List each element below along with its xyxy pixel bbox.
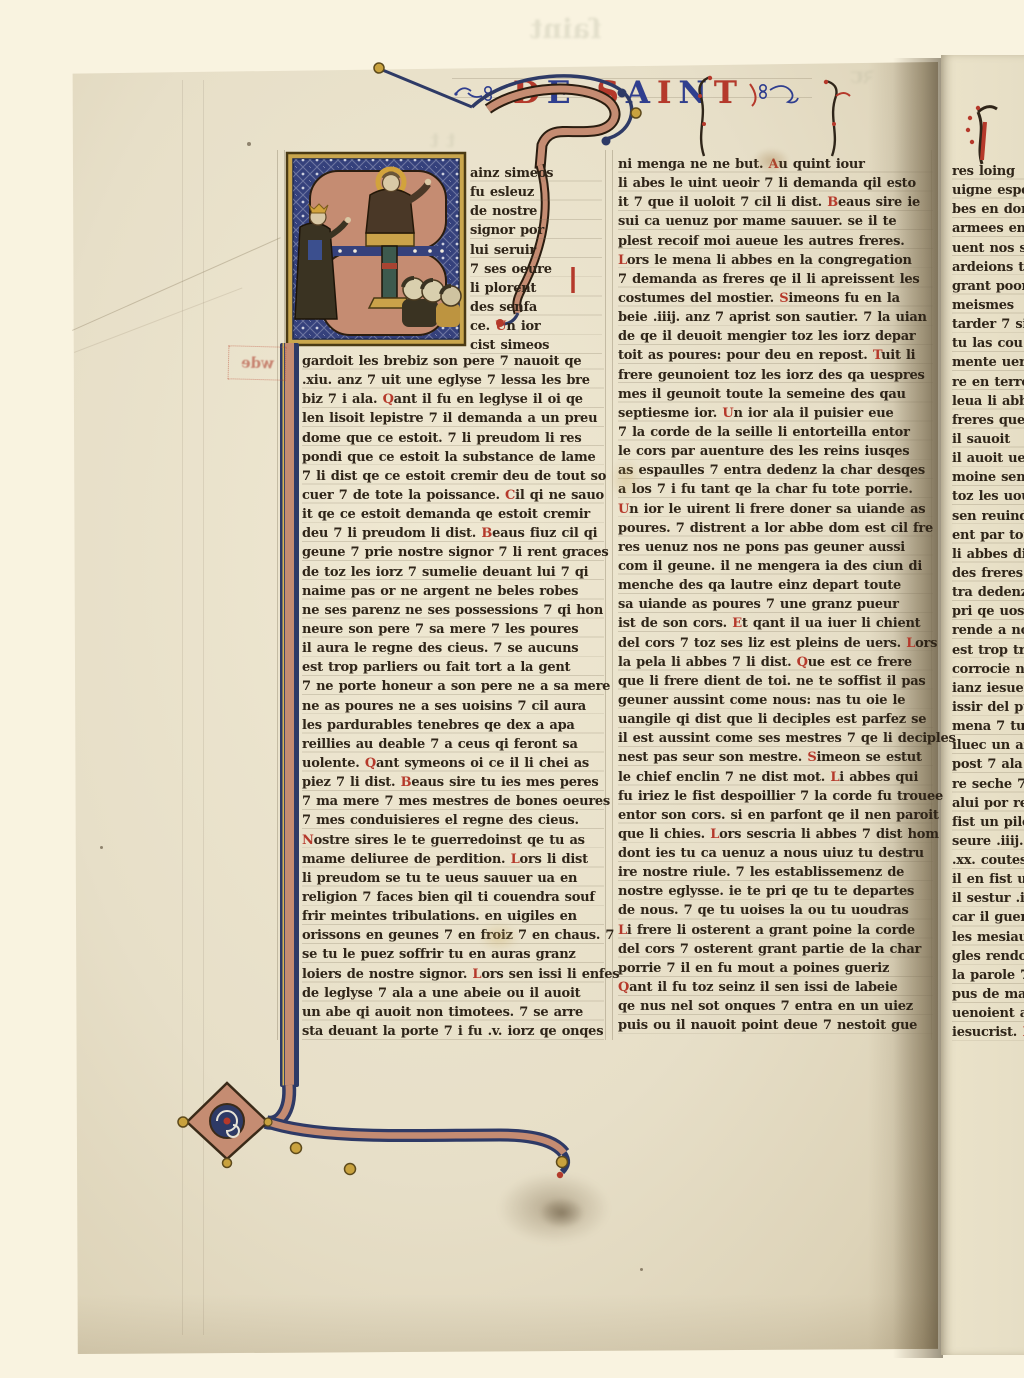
text-line: uenoient a	[952, 1004, 1024, 1023]
text-line: frere geunoient toz les iorz des qa uesp…	[618, 366, 933, 385]
cadel-flourish	[952, 100, 1008, 166]
text-line: signor por	[470, 221, 602, 240]
text-line: reillies au deable 7 a ceus qi feront sa	[302, 735, 604, 754]
rubricated-initial: L	[618, 253, 627, 268]
initial-side-column: ainz simeosfu esleuzde nostresignor porl…	[470, 164, 602, 355]
text-line: post 7 ala e	[952, 755, 1024, 774]
parchment-stain	[610, 458, 642, 500]
cadel-flourish	[686, 72, 722, 158]
text-line: de qe il deuoit mengier toz les iorz dep…	[618, 327, 933, 346]
text-line: les pardurables tenebres qe dex a apa	[302, 716, 604, 735]
text-line: moine sen	[952, 468, 1024, 487]
initial-miniature	[287, 153, 465, 345]
text-line: toit as poures: pour deu en repost. Tuit…	[618, 346, 933, 365]
text-line: issir del pui	[952, 698, 1024, 717]
text-line: uent nos si	[952, 239, 1024, 258]
rubricated-initial: Q	[618, 980, 629, 995]
text-line: porrie 7 il en fu mout a poines gueriz	[618, 959, 933, 978]
rubricated-initial: Q	[365, 756, 376, 771]
text-line: sa uiande as poures 7 une granz pueur	[618, 595, 933, 614]
text-line: seure .iiij. a	[952, 832, 1024, 851]
text-line: la pela li abbes 7 li dist. Que est ce f…	[618, 653, 933, 672]
facing-text-column: res loinguigne espebes en donarmees emue…	[952, 162, 1024, 1042]
monks-group	[402, 278, 461, 327]
rubricated-initial: C	[505, 488, 515, 503]
text-line: biz 7 i ala. Qant il fu en leglyse il oi…	[302, 390, 604, 409]
text-line: dont ies tu ca uenuz a nous uiuz tu dest…	[618, 844, 933, 863]
rubricated-initial: L	[710, 827, 719, 842]
bar-foot-diamond	[178, 1083, 268, 1168]
text-line: septiesme ior. Un ior ala il puisier eue	[618, 404, 933, 423]
text-line: loiers de nostre signor. Lors sen issi l…	[302, 965, 604, 984]
text-line: les mesiaus	[952, 928, 1024, 947]
parchment-stain	[478, 922, 520, 952]
rubricated-initial: T	[873, 348, 881, 363]
text-line: geune 7 prie nostre signor 7 li rent gra…	[302, 543, 604, 562]
text-line: sen reuind	[952, 507, 1024, 526]
rubricated-initial: U	[618, 502, 629, 517]
text-line: leua li abb	[952, 392, 1024, 411]
text-line: pondi que ce estoit la substance de lame	[302, 448, 604, 467]
rubricated-initial: N	[302, 833, 314, 848]
text-line: grant poor	[952, 277, 1024, 296]
text-line: entor son cors. si en parfont qe il nen …	[618, 806, 933, 825]
text-line: as espaulles 7 entra dedenz la char desq…	[618, 461, 933, 480]
text-line: bes en don	[952, 200, 1024, 219]
text-line: gardoit les brebiz son pere 7 nauoit qe	[302, 352, 604, 371]
text-line: pri qe uos	[952, 602, 1024, 621]
show-through-text: ſaint	[530, 14, 601, 45]
text-line: gles rendou	[952, 947, 1024, 966]
text-line: ist de son cors. Et qant il ua iuer li c…	[618, 614, 933, 633]
parchment-stain	[752, 148, 790, 174]
text-line: mes il geunoit toute la semeine des qau	[618, 385, 933, 404]
rubricated-initial: L	[830, 770, 839, 785]
ink-speck	[247, 142, 251, 146]
text-line: tra dedenz	[952, 583, 1024, 602]
text-line: que li frere dient de toi. ne te soffist…	[618, 672, 933, 691]
text-line: poures. 7 distrent a lor abbe dom est ci…	[618, 519, 933, 538]
text-line: ne ses parenz ne ses possessions 7 qi ho…	[302, 601, 604, 620]
bar-extension-horizontal	[264, 1118, 568, 1178]
text-line: un abe qi auoit non timotees. 7 se arre	[302, 1003, 604, 1022]
marginal-offset-mark-text: wde	[240, 354, 273, 373]
rubricated-initial: L	[618, 923, 627, 938]
text-line: orissons en geunes 7 en froiz 7 en chaus…	[302, 926, 604, 945]
text-line: fist un pile	[952, 813, 1024, 832]
text-line: de toz les iorz 7 sumelie deuant lui 7 q…	[302, 563, 604, 582]
text-line: que li chies. Lors sescria li abbes 7 di…	[618, 825, 933, 844]
text-line: de nous. 7 qe tu uoises la ou tu uoudras	[618, 901, 933, 920]
text-line: fu iriez le fist despoillier 7 la corde …	[618, 787, 933, 806]
text-line: menche des qa lautre einz depart toute	[618, 576, 933, 595]
text-line: Un ior le uirent li frere doner sa uiand…	[618, 500, 933, 519]
text-line: sui ca uenuz por mame sauuer. se il te	[618, 212, 933, 231]
page-bottom-shading	[70, 1294, 938, 1354]
text-line: neure son pere 7 sa mere 7 les poures	[302, 620, 604, 639]
text-line: corrocie no	[952, 660, 1024, 679]
text-line: il est aussint come ses mestres 7 qe li …	[618, 729, 933, 748]
text-line: li preudom se tu te ueus sauuer ua en	[302, 869, 604, 888]
text-line: Nostre sires le te guerredoinst qe tu as	[302, 831, 604, 850]
text-line: .xiu. anz 7 uit une eglyse 7 lessa les b…	[302, 371, 604, 390]
parchment-stain	[540, 1198, 584, 1228]
show-through-text: ꝛꞇ	[850, 60, 874, 90]
text-line: frir meintes tribulations. en uigiles en	[302, 907, 604, 926]
rubricated-initial: U	[722, 406, 733, 421]
text-line: qe nus nel sot onques 7 entra en un uiez	[618, 997, 933, 1016]
middle-text-column: ni menga ne ne but. Au quint iourli abes…	[618, 155, 933, 1035]
text-line: 7 la corde de la seille li entorteilla e…	[618, 423, 933, 442]
text-line: 7 ses oeure	[470, 260, 602, 279]
text-line: des senfa	[470, 298, 602, 317]
cadel-flourish	[816, 76, 852, 158]
text-line: uigne espe	[952, 181, 1024, 200]
text-line: ire nostre riule. 7 les establissemenz d…	[618, 863, 933, 882]
text-line: cuer 7 de tote la poissance. Cil qi ne s…	[302, 486, 604, 505]
text-line: alui por re	[952, 794, 1024, 813]
text-line: toz les uou	[952, 487, 1024, 506]
text-line: le chief enclin 7 ne dist mot. Li abbes …	[618, 768, 933, 787]
text-line: sta deuant la porte 7 i fu .v. iorz qe o…	[302, 1022, 604, 1041]
text-line: ent par tou	[952, 526, 1024, 545]
text-line: freres que	[952, 411, 1024, 430]
text-line: mente uer	[952, 353, 1024, 372]
text-line: uangile qi dist que li deciples est parf…	[618, 710, 933, 729]
text-line: naime pas or ne argent ne beles robes	[302, 582, 604, 601]
text-line: car il gueri	[952, 908, 1024, 927]
text-line: est trop tr	[952, 641, 1024, 660]
text-line: il sauoit	[952, 430, 1024, 449]
text-line: ce. Un ior	[470, 317, 602, 336]
text-line: se tu le puez soffrir tu en auras granz	[302, 945, 604, 964]
left-text-column: gardoit les brebiz son pere 7 nauoit qe.…	[302, 352, 604, 1041]
text-line: 7 li dist qe ce estoit cremir deu de tou…	[302, 467, 604, 486]
rubricated-initial: B	[481, 526, 492, 541]
rubricated-initial: B	[401, 775, 412, 790]
rubricated-initial: Q	[383, 392, 394, 407]
text-line: li abbes dis	[952, 545, 1024, 564]
text-line: est trop parliers ou fait tort a la gent	[302, 658, 604, 677]
rubricated-initial: U	[495, 319, 506, 334]
text-line: 7 ma mere 7 mes mestres de bones oeures	[302, 792, 604, 811]
text-line: le cors par auenture des les reins iusqe…	[618, 442, 933, 461]
text-line: res loing	[952, 162, 1024, 181]
photo-background: ſaint ꝛꞇ t t DESAINT	[0, 0, 1024, 1378]
text-line: beie .iiij. anz 7 aprist son sautier. 7 …	[618, 308, 933, 327]
text-line: del cors 7 osterent grant partie de la c…	[618, 940, 933, 959]
text-line: ardeions t	[952, 258, 1024, 277]
text-line: fu esleuz	[470, 183, 602, 202]
text-line: iesucrist. I	[952, 1023, 1024, 1042]
text-line: mame deliuree de perdition. Lors li dist	[302, 850, 604, 869]
text-line: de leglyse 7 ala a une abeie ou il auoit	[302, 984, 604, 1003]
text-line: geuner aussint come nous: nas tu oie le	[618, 691, 933, 710]
text-line: iluec un an	[952, 736, 1024, 755]
text-line: re en terre	[952, 373, 1024, 392]
rubricated-initial: E	[732, 616, 742, 631]
rubricated-initial: L	[511, 852, 520, 867]
text-line: Lors le mena li abbes en la congregation	[618, 251, 933, 270]
text-line: res uenuz nos ne pons pas geuner aussi	[618, 538, 933, 557]
bar-extension-vertical	[266, 343, 299, 1123]
text-line: nostre eglysse. ie te pri qe tu te depar…	[618, 882, 933, 901]
rubricated-initial: B	[827, 195, 838, 210]
text-line: nest pas seur son mestre. Simeon se estu…	[618, 748, 933, 767]
rubricated-initial: Q	[797, 655, 808, 670]
text-line: plest recoif moi aueue les autres freres…	[618, 232, 933, 251]
text-line: tarder 7 si	[952, 315, 1024, 334]
text-line: il auoit ue	[952, 449, 1024, 468]
text-line: armees em	[952, 219, 1024, 238]
text-line: costumes del mostier. Simeons fu en la	[618, 289, 933, 308]
rubricated-initial: S	[807, 750, 816, 765]
rubricated-initial: L	[472, 967, 481, 982]
text-line: puis ou il nauoit point deue 7 nestoit g…	[618, 1016, 933, 1035]
text-line: ainz simeos	[470, 164, 602, 183]
text-line: 7 mes conduisieres el regne des cieus.	[302, 811, 604, 830]
marginal-offset-mark: wde	[228, 345, 287, 381]
text-line: uolente. Qant symeons oi ce il li chei a…	[302, 754, 604, 773]
text-line: la parole 7	[952, 966, 1024, 985]
text-line: a los 7 i fu tant qe la char fu tote por…	[618, 480, 933, 499]
rubricated-initial: L	[906, 636, 915, 651]
text-line: it 7 que il uoloit 7 cil li dist. Beaus …	[618, 193, 933, 212]
text-line: com il geune. il ne mengera ia des ciun …	[618, 557, 933, 576]
text-line: .xx. coutes	[952, 851, 1024, 870]
text-line: del cors 7 toz ses liz est pleins de uer…	[618, 634, 933, 653]
text-line: dome que ce estoit. 7 li preudom li res	[302, 429, 604, 448]
text-line: il sestur .iii	[952, 889, 1024, 908]
text-line: li abes le uint ueoir 7 li demanda qil e…	[618, 174, 933, 193]
ink-speck	[100, 846, 103, 849]
rubricated-initial: S	[779, 291, 788, 306]
text-line: len lisoit lepistre 7 il demanda a un pr…	[302, 409, 604, 428]
text-line: 7 ne porte honeur a son pere ne a sa mer…	[302, 677, 604, 696]
text-line: de nostre	[470, 202, 602, 221]
text-line: 7 demanda as freres qe il li apreissent …	[618, 270, 933, 289]
text-line: il aura le regne des cieus. 7 se aucuns	[302, 639, 604, 658]
ink-speck	[640, 1268, 643, 1271]
text-line: ne as poures ne a ses uoisins 7 cil aura	[302, 697, 604, 716]
text-line: deu 7 li preudom li dist. Beaus fiuz cil…	[302, 524, 604, 543]
text-line: Qant il fu toz seinz il sen issi de labe…	[618, 978, 933, 997]
text-line: ianz iesuer	[952, 679, 1024, 698]
text-line: it qe ce estoit demanda qe estoit cremir	[302, 505, 604, 524]
text-line: piez 7 li dist. Beaus sire tu ies mes pe…	[302, 773, 604, 792]
text-line: Li frere li osterent a grant poine la co…	[618, 921, 933, 940]
text-line: il en fist un	[952, 870, 1024, 889]
text-line: rende a no	[952, 621, 1024, 640]
text-line: re seche 7 i	[952, 775, 1024, 794]
text-line: li plorent	[470, 279, 602, 298]
text-line: des freres	[952, 564, 1024, 583]
text-line: mena 7 tu	[952, 717, 1024, 736]
text-line: religion 7 faces bien qil ti couendra so…	[302, 888, 604, 907]
text-line: meismes	[952, 296, 1024, 315]
title-right-flourish	[746, 76, 804, 110]
text-line: tu las cou	[952, 334, 1024, 353]
text-line: pus de mala	[952, 985, 1024, 1004]
text-line: lui seruir	[470, 241, 602, 260]
